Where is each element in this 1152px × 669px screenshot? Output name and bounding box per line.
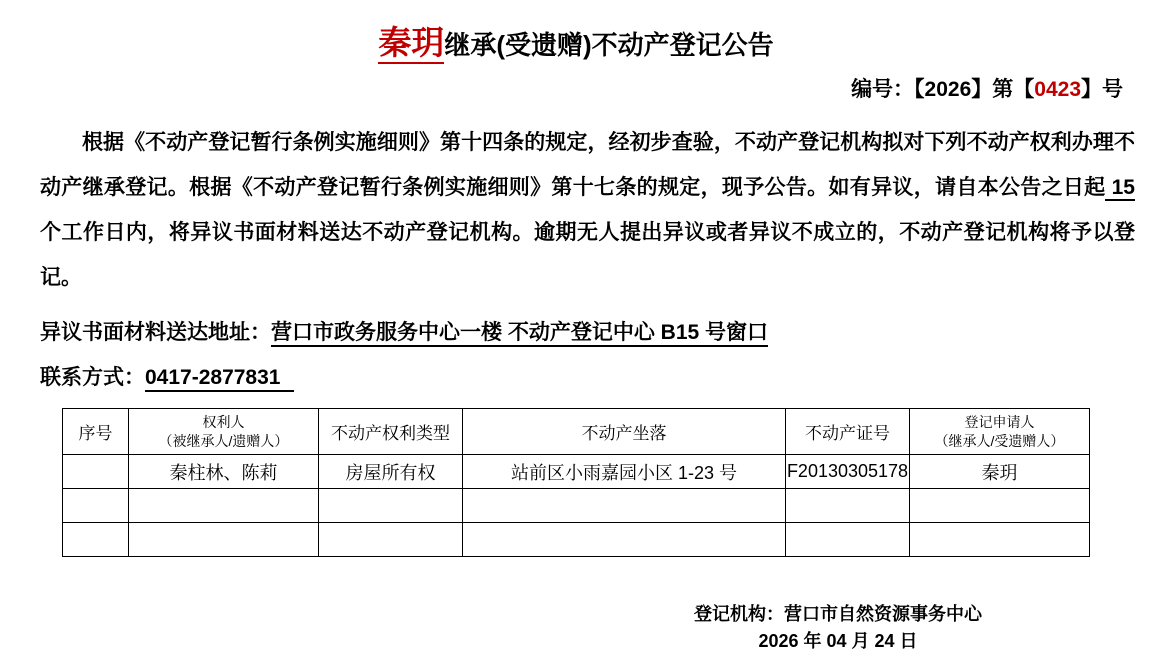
contact-phone-value: 0417-2877831	[145, 366, 294, 392]
announcement-date: 2026 年 04 月 24 日	[524, 628, 1152, 655]
table-header-row: 序号 权利人 （被继承人/遗赠人） 不动产权利类型 不动产坐落 不动产证号 登记…	[63, 409, 1090, 455]
objection-address-value: 营口市政务服务中心一楼 不动产登记中心 B15 号窗口	[271, 321, 768, 347]
registration-agency: 登记机构：营口市自然资源事务中心	[524, 601, 1152, 628]
header-cert-number: 不动产证号	[786, 409, 910, 455]
doc-number: 编号：【2026】第【0423】号	[0, 76, 1152, 104]
cell-owner: 秦柱林、陈莉	[129, 455, 319, 489]
main-paragraph: 根据《不动产登记暂行条例实施细则》第十四条的规定，经初步查验，不动产登记机构拟对…	[40, 120, 1135, 300]
header-seq-label: 序号	[63, 419, 128, 444]
document-footer: 登记机构：营口市自然资源事务中心 2026 年 04 月 24 日	[524, 601, 1152, 655]
objection-address-line: 异议书面材料送达地址：营口市政务服务中心一楼 不动产登记中心 B15 号窗口	[40, 310, 1135, 355]
contact-label: 联系方式：	[40, 366, 145, 389]
cell-cert-number: F20130305178	[786, 455, 910, 489]
title-suffix: 继承(受遗赠)不动产登记公告	[444, 30, 773, 60]
page-title: 秦玥继承(受遗赠)不动产登记公告	[0, 20, 1152, 66]
doc-number-prefix: 编号：【2026】第【	[851, 78, 1034, 101]
header-right-type: 不动产权利类型	[319, 409, 463, 455]
cell-applicant: 秦玥	[910, 455, 1090, 489]
paragraph-text-after: 个工作日内，将异议书面材料送达不动产登记机构。逾期无人提出异议或者异议不成立的，…	[40, 221, 1135, 289]
announcement-document: 秦玥继承(受遗赠)不动产登记公告 编号：【2026】第【0423】号 根据《不动…	[0, 0, 1152, 669]
table-row-empty	[63, 489, 1090, 523]
header-location: 不动产坐落	[463, 409, 786, 455]
registration-table-body: 秦柱林、陈莉 房屋所有权 站前区小雨嘉园小区 1-23 号 F201303051…	[63, 455, 1090, 557]
cell-right-type: 房屋所有权	[319, 455, 463, 489]
table-row-empty	[63, 523, 1090, 557]
doc-number-value: 0423	[1034, 78, 1081, 101]
registration-table-header: 序号 权利人 （被继承人/遗赠人） 不动产权利类型 不动产坐落 不动产证号 登记…	[63, 409, 1090, 455]
objection-address-label: 异议书面材料送达地址：	[40, 321, 271, 344]
paragraph-text-before: 根据《不动产登记暂行条例实施细则》第十四条的规定，经初步查验，不动产登记机构拟对…	[40, 131, 1135, 199]
header-applicant: 登记申请人 （继承人/受遗赠人）	[910, 409, 1090, 455]
cell-seq	[63, 455, 129, 489]
cell-location: 站前区小雨嘉园小区 1-23 号	[463, 455, 786, 489]
header-seq: 序号	[63, 409, 129, 455]
contact-line: 联系方式：0417-2877831	[40, 355, 1135, 400]
title-applicant-name: 秦玥	[378, 24, 444, 64]
doc-number-suffix: 】号	[1081, 78, 1123, 101]
table-row: 秦柱林、陈莉 房屋所有权 站前区小雨嘉园小区 1-23 号 F201303051…	[63, 455, 1090, 489]
registration-table: 序号 权利人 （被继承人/遗赠人） 不动产权利类型 不动产坐落 不动产证号 登记…	[62, 408, 1090, 557]
document-body: 根据《不动产登记暂行条例实施细则》第十四条的规定，经初步查验，不动产登记机构拟对…	[40, 120, 1135, 400]
objection-days-value: 15	[1105, 176, 1135, 201]
header-owner: 权利人 （被继承人/遗赠人）	[129, 409, 319, 455]
